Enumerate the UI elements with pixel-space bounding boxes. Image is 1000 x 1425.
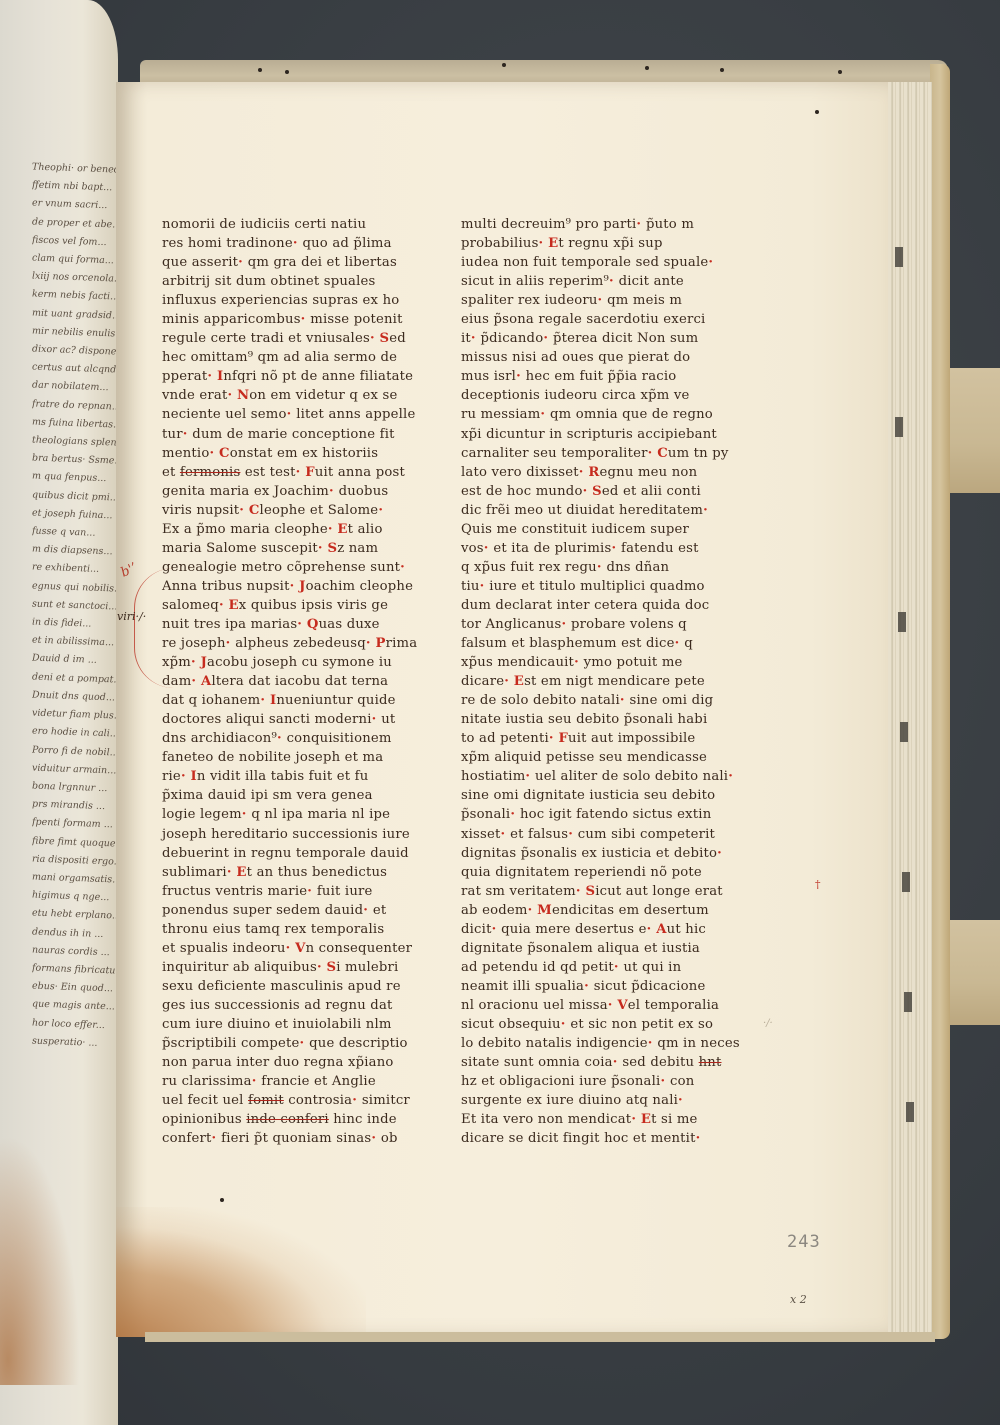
- text-line: nl oracionu uel missa· Vel temporalia: [461, 996, 723, 1015]
- text-line: dum declarat inter cetera quida doc: [461, 596, 723, 615]
- wormhole: [720, 68, 724, 72]
- water-stain: [116, 1207, 366, 1337]
- text-line: carnaliter seu temporaliter· Cum tn py: [461, 444, 723, 463]
- text-line: et spualis indeoru· Vn consequenter: [162, 939, 422, 958]
- text-line: genita maria ex Joachim· duobus: [162, 482, 422, 501]
- verso-text-line: susperatio· ...: [32, 1032, 116, 1053]
- wormhole: [815, 110, 819, 114]
- text-line: xp̃m aliquid petisse seu mendicasse: [461, 748, 723, 767]
- folio-number: 243: [787, 1232, 821, 1252]
- marginal-cross-mark: †: [815, 878, 821, 891]
- text-column-b: multi decreuim⁹ pro parti· p̃uto mprobab…: [461, 215, 723, 1148]
- text-line: re de solo debito natali· sine omi dig: [461, 691, 723, 710]
- page-tab-marker: [895, 417, 903, 437]
- verso-text-line: dar nobilatem...: [32, 377, 116, 398]
- verso-text-line: que magis ante...: [32, 996, 116, 1017]
- text-line: confert· fieri p̃t quoniam sinas· ob: [162, 1129, 422, 1148]
- text-line: Anna tribus nupsit· Joachim cleophe: [162, 577, 422, 596]
- text-line: xp̃m· Jacobu joseph cu symone iu: [162, 653, 422, 672]
- text-line: maria Salome suscepit· Sz nam: [162, 539, 422, 558]
- text-line: xp̃i dicuntur in scripturis accipiebant: [461, 425, 723, 444]
- verso-page: Theophi· or bened...ffetim nbi bapt...er…: [0, 0, 118, 1425]
- text-line: tur· dum de marie conceptione fit: [162, 425, 422, 444]
- text-line: deceptionis iudeoru circa xp̃m ve: [461, 386, 723, 405]
- text-line: vnde erat· Non em videtur q ex se: [162, 386, 422, 405]
- text-line: uel fecit uel fomit controsia· simitcr: [162, 1091, 422, 1110]
- text-line: spaliter rex iudeoru· qm meis m: [461, 291, 723, 310]
- text-line: re joseph· alpheus zebedeusq· Prima: [162, 634, 422, 653]
- verso-text-line: ero hodie in cali...: [32, 723, 116, 744]
- text-line: hz et obligacioni iure p̃sonali· con: [461, 1072, 723, 1091]
- text-line: hec omittam⁹ qm ad alia sermo de: [162, 348, 422, 367]
- text-column-a: nomorii de iudiciis certi natiures homi …: [162, 215, 422, 1148]
- text-line: regule certe tradi et vniusales· Sed: [162, 329, 422, 348]
- text-line: lato vero dixisset· Regnu meu non: [461, 463, 723, 482]
- text-line: to ad petenti· Fuit aut impossibile: [461, 729, 723, 748]
- text-line: Quis me constituit iudicem super: [461, 520, 723, 539]
- binding-fore-edge: [930, 64, 950, 1339]
- text-line: viris nupsit· Cleophe et Salome·: [162, 501, 422, 520]
- water-stain: [0, 1135, 80, 1385]
- text-line: multi decreuim⁹ pro parti· p̃uto m: [461, 215, 723, 234]
- page-block-edges: [888, 82, 932, 1332]
- text-line: ges ius successionis ad regnu dat: [162, 996, 422, 1015]
- text-line: salomeq· Ex quibus ipsis viris ge: [162, 596, 422, 615]
- text-line: dignitas p̃sonalis ex iusticia et debito…: [461, 844, 723, 863]
- wormhole: [258, 68, 262, 72]
- text-line: p̃sonali· hoc igit fatendo sictus extin: [461, 805, 723, 824]
- text-line: non parua inter duo regna xp̃iano: [162, 1053, 422, 1072]
- wormhole: [838, 70, 842, 74]
- text-line: tor Anglicanus· probare volens q: [461, 615, 723, 634]
- text-line: minis apparicombus· misse potenit: [162, 310, 422, 329]
- verso-text-line: re exhibenti...: [32, 559, 116, 580]
- verso-text-line: m qua fenpus...: [32, 468, 116, 489]
- text-line: joseph hereditario successionis iure: [162, 825, 422, 844]
- quire-signature: x 2: [790, 1293, 807, 1306]
- text-line: dat q iohanem· Inueniuntur quide: [162, 691, 422, 710]
- text-line: probabilius· Et regnu xp̃i sup: [461, 234, 723, 253]
- text-line: hostiatim· uel aliter de solo debito nal…: [461, 767, 723, 786]
- text-line: logie legem· q nl ipa maria nl ipe: [162, 805, 422, 824]
- text-line: opinionibus inde conferi hinc inde: [162, 1110, 422, 1129]
- text-line: ab eodem· Mendicitas em desertum: [461, 901, 723, 920]
- verso-text-line: er vnum sacri...: [32, 195, 116, 216]
- wormhole: [220, 1198, 224, 1202]
- text-line: Et ita vero non mendicat· Et si me: [461, 1110, 723, 1129]
- text-line: rie· In vidit illa tabis fuit et fu: [162, 767, 422, 786]
- text-line: tiu· iure et titulo multiplici quadmo: [461, 577, 723, 596]
- text-line: rat sm veritatem· Sicut aut longe erat: [461, 882, 723, 901]
- text-line: ponendus super sedem dauid· et: [162, 901, 422, 920]
- text-line: faneteo de nobilite joseph et ma: [162, 748, 422, 767]
- text-line: sicut obsequiu· et sic non petit ex so: [461, 1015, 723, 1034]
- verso-text-fragment: Theophi· or bened...ffetim nbi bapt...er…: [32, 159, 116, 1054]
- text-line: dam· Altera dat iacobu dat terna: [162, 672, 422, 691]
- text-line: fructus ventris marie· fuit iure: [162, 882, 422, 901]
- clasp-strap-lower: [945, 920, 1000, 1025]
- text-line: q xp̃us fuit rex regu· dns dñan: [461, 558, 723, 577]
- text-line: ru messiam· qm omnia que de regno: [461, 405, 723, 424]
- text-line: sublimari· Et an thus benedictus: [162, 863, 422, 882]
- text-line: quia dignitatem reperiendi nõ pote: [461, 863, 723, 882]
- verso-text-line: etu hebt erplano...: [32, 905, 116, 926]
- marginal-note: viri·/·: [117, 610, 146, 623]
- text-line: sine omi dignitate iusticia seu debito: [461, 786, 723, 805]
- text-line: neciente uel semo· litet anns appelle: [162, 405, 422, 424]
- text-line: nitate iustia seu debito p̃sonali habi: [461, 710, 723, 729]
- text-line: thronu eius tamq rex temporalis: [162, 920, 422, 939]
- wormhole: [285, 70, 289, 74]
- text-line: ru clarissima· francie et Anglie: [162, 1072, 422, 1091]
- text-line: nuit tres ipa marias· Quas duxe: [162, 615, 422, 634]
- text-line: vos· et ita de plurimis· fatendu est: [461, 539, 723, 558]
- text-line: res homi tradinone· quo ad p̃lima: [162, 234, 422, 253]
- text-line: sicut in aliis reperim⁹· dicit ante: [461, 272, 723, 291]
- text-line: inquiritur ab aliquibus· Si mulebri: [162, 958, 422, 977]
- page-tab-marker: [902, 872, 910, 892]
- text-line: xisset· et falsus· cum sibi competerit: [461, 825, 723, 844]
- text-line: debuerint in regnu temporale dauid: [162, 844, 422, 863]
- text-line: dicit· quia mere desertus e· Aut hic: [461, 920, 723, 939]
- text-line: sexu deficiente masculinis apud re: [162, 977, 422, 996]
- page-tab-marker: [895, 247, 903, 267]
- text-line: missus nisi ad oues que pierat do: [461, 348, 723, 367]
- text-line: et fermonis est test· Fuit anna post: [162, 463, 422, 482]
- text-line: Ex a p̃mo maria cleophe· Et alio: [162, 520, 422, 539]
- page-tab-marker: [898, 612, 906, 632]
- text-line: mentio· Constat em ex historiis: [162, 444, 422, 463]
- text-line: doctores aliqui sancti moderni· ut: [162, 710, 422, 729]
- text-line: dicare· Est em nigt mendicare pete: [461, 672, 723, 691]
- wormhole: [645, 66, 649, 70]
- text-line: falsum et blasphemum est dice· q: [461, 634, 723, 653]
- text-line: eius p̃sona regale sacerdotiu exerci: [461, 310, 723, 329]
- text-line: surgente ex iure diuino atq nali·: [461, 1091, 723, 1110]
- text-line: cum iure diuino et inuiolabili nlm: [162, 1015, 422, 1034]
- text-line: nomorii de iudiciis certi natiu: [162, 215, 422, 234]
- text-line: p̃scriptibili compete· que descriptio: [162, 1034, 422, 1053]
- text-line: dic frẽi meo ut diuidat hereditatem·: [461, 501, 723, 520]
- text-line: influxus experiencias supras ex ho: [162, 291, 422, 310]
- text-line: dicare se dicit fingit hoc et mentit·: [461, 1129, 723, 1148]
- text-line: neamit illi spualia· sicut p̃dicacione: [461, 977, 723, 996]
- text-line: ad petendu id qd petit· ut qui in: [461, 958, 723, 977]
- text-line: lo debito natalis indigencie· qm in nece…: [461, 1034, 723, 1053]
- text-line: sitate sunt omnia coia· sed debitu hnt: [461, 1053, 723, 1072]
- text-line: pperat· Infqri nõ pt de anne filiatate: [162, 367, 422, 386]
- page-tab-marker: [904, 992, 912, 1012]
- binding-bottom-edge: [145, 1332, 935, 1342]
- text-line: it· p̃dicando· p̃terea dicit Non sum: [461, 329, 723, 348]
- text-line: iudea non fuit temporale sed spuale·: [461, 253, 723, 272]
- clasp-strap-upper: [945, 368, 1000, 493]
- verso-text-line: fpenti formam ...: [32, 814, 116, 835]
- verso-text-line: kerm nebis facti...: [32, 286, 116, 307]
- page-tab-marker: [906, 1102, 914, 1122]
- text-line: mus isrl· hec em fuit p̃p̃ia racio: [461, 367, 723, 386]
- text-line: p̃xima dauid ipi sm vera genea: [162, 786, 422, 805]
- faint-marginal-note: ·/·: [763, 1018, 773, 1029]
- text-line: xp̃us mendicauit· ymo potuit me: [461, 653, 723, 672]
- text-line: dns archidiacon⁹· conquisitionem: [162, 729, 422, 748]
- page-tab-marker: [900, 722, 908, 742]
- text-line: dignitate p̃sonalem aliqua et iustia: [461, 939, 723, 958]
- text-line: genealogie metro cõprehense sunt·: [162, 558, 422, 577]
- text-line: que asserit· qm gra dei et libertas: [162, 253, 422, 272]
- wormhole: [502, 63, 506, 67]
- text-line: est de hoc mundo· Sed et alii conti: [461, 482, 723, 501]
- text-line: arbitrij sit dum obtinet spuales: [162, 272, 422, 291]
